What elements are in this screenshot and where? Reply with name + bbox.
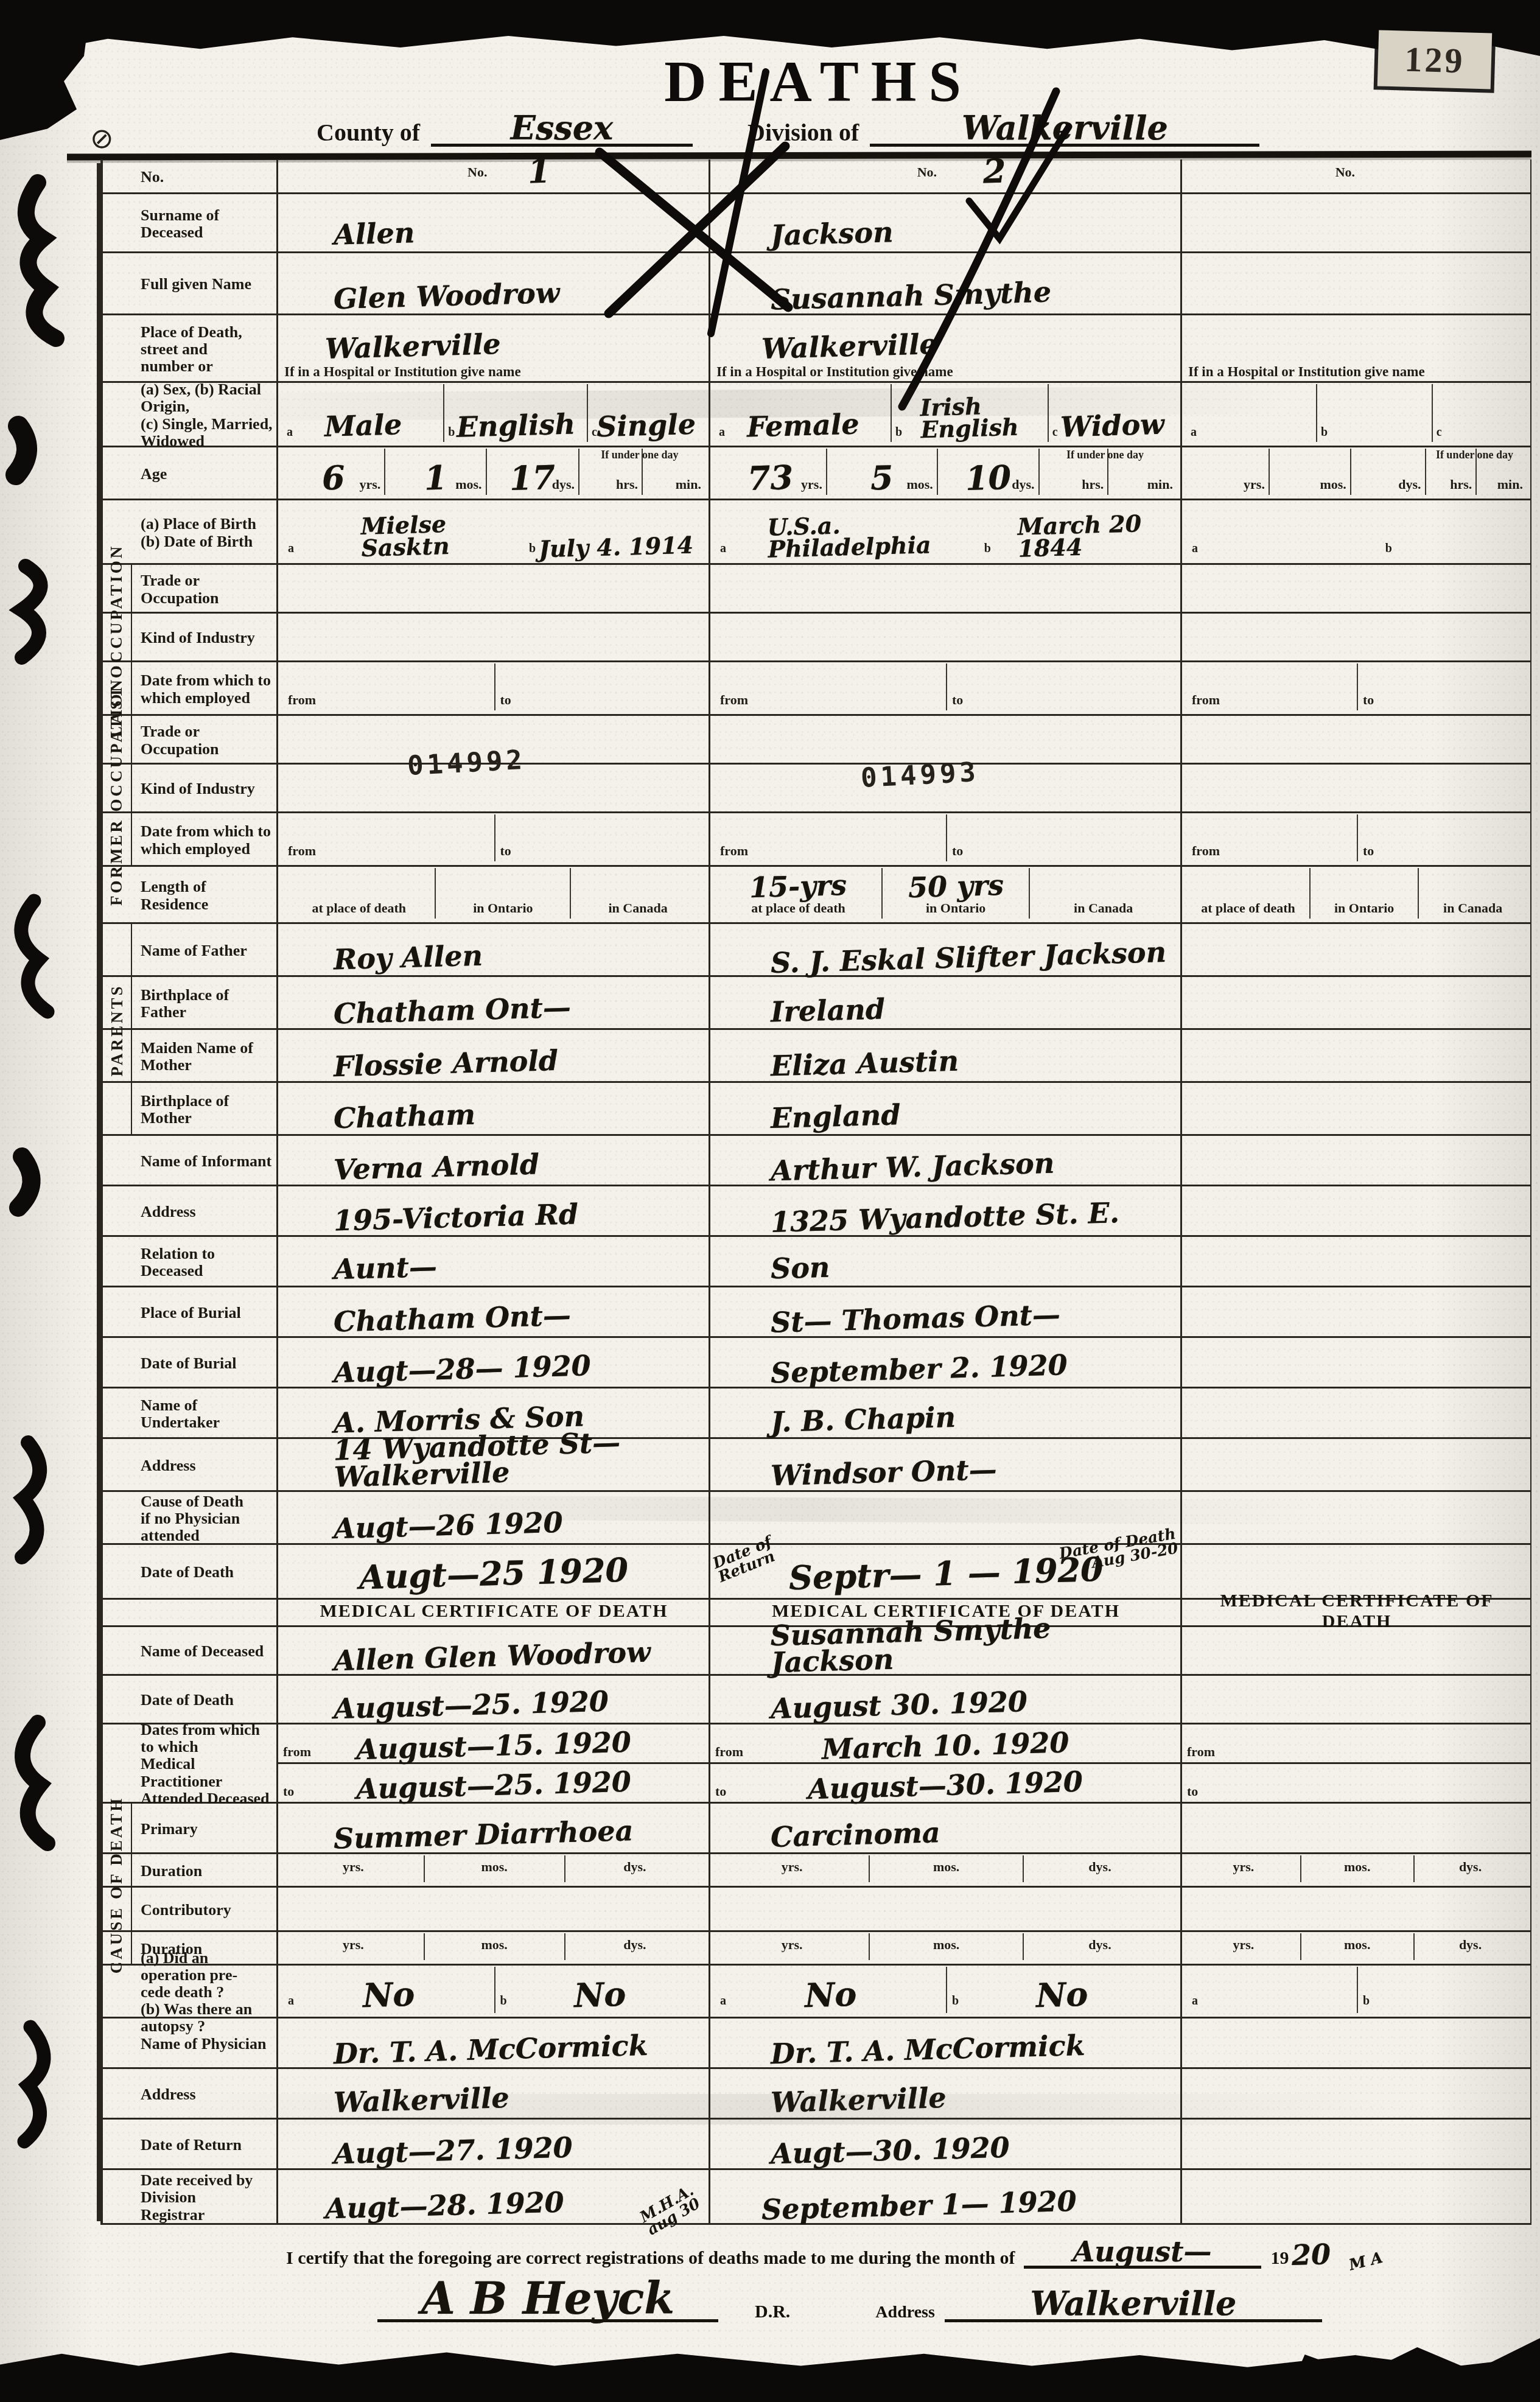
value-cert_date_of_death: August 30. 1920 (770, 1689, 1027, 1722)
fromto-label: to (952, 843, 963, 859)
cell-attended-record-2: fromMarch 10. 1920toAugust—30. 1920 (709, 1724, 1180, 1802)
row-label-physician_address: Address (141, 2086, 273, 2103)
value-operation-a: No (804, 1979, 857, 2012)
cell-sex-record-2: aFemalebIrishEnglishcWidow (709, 383, 1180, 446)
marker-c: c (1437, 425, 1442, 439)
certification-month-underline: August— (1024, 2239, 1261, 2269)
form-row-father: Name of FatherRoy AllenS. J. Eskal Slift… (103, 924, 1530, 977)
value-date_of_return: Augt—30. 1920 (770, 2135, 1010, 2168)
marker-b: b (952, 1994, 959, 2008)
cell-physician-record-3 (1180, 2019, 1530, 2067)
sub-cell: to (1357, 814, 1527, 861)
attended-to-line: toAugust—25. 1920 (278, 1764, 709, 1802)
value-date-received: Augt—28. 1920 (325, 2190, 565, 2223)
sub-cell: dys. (564, 1933, 705, 1960)
form-row-duration2: Durationyrs.mos.dys.yrs.mos.dys.yrs.mos.… (103, 1932, 1530, 1966)
cell-given_name-record-2: Susannah Smythe (709, 253, 1180, 313)
cell-cert_date_of_death-record-2: August 30. 1920 (709, 1676, 1180, 1723)
attended-from-line: fromMarch 10. 1920 (710, 1724, 1180, 1764)
row-label-cell-sex: (a) Sex, (b) Racial Origin,(c) Single, M… (103, 383, 276, 446)
marker-a: a (287, 425, 293, 439)
duration-unit: yrs. (715, 1937, 869, 1953)
row-label-industry_f: Kind of Industry (141, 780, 273, 797)
sub-cell: to (494, 664, 705, 710)
form-row-mother_birthplace: Birthplace of MotherChathamEngland (103, 1083, 1530, 1136)
value-given_name: Glen Woodrow (334, 280, 561, 313)
sub-cell: dys. (1413, 1933, 1527, 1960)
row-label-father_birthplace: Birthplace of Father (141, 987, 273, 1021)
under-one-day-caption: If under one day (575, 449, 704, 461)
cell-relation-record-1: Aunt— (276, 1237, 709, 1286)
cell-primary-record-3 (1180, 1804, 1530, 1852)
cell-mother-record-2: Eliza Austin (709, 1030, 1180, 1081)
cell-date_received-record-2: September 1— 1920 (709, 2170, 1180, 2223)
cell-physician-record-2: Dr. T. A. McCormick (709, 2019, 1180, 2067)
division-label: Division of (747, 118, 859, 147)
cell-date_of_death-record-1: Augt—25 1920 (276, 1545, 709, 1598)
cell-relation-record-3 (1180, 1237, 1530, 1286)
sub-cell: dys. (1023, 1933, 1176, 1960)
marker-b: b (448, 425, 455, 439)
county-division-line: County of Essex Division of Walkerville (317, 113, 1437, 147)
row-label-cell-date_of_return: Date of Return (103, 2120, 276, 2168)
cell-physician_address-record-3 (1180, 2069, 1530, 2118)
sub-cell: at place of death (1187, 868, 1309, 919)
row-label-industry_l: Kind of Industry (141, 629, 273, 646)
sub-cell: from (283, 814, 494, 861)
cell-no-record-2: No.2 (709, 159, 1180, 192)
sub-cell: in Canada (570, 868, 705, 919)
duration-unit: mos. (870, 1937, 1022, 1953)
row-label-cell-age: Age (103, 447, 276, 499)
row-label-cell-undertaker_address: Address (103, 1439, 276, 1490)
marker-a: a (720, 542, 726, 556)
value-sex-b: English (456, 411, 575, 441)
row-label-physician: Name of Physician (141, 2036, 273, 2053)
value-given_name: Susannah Smythe (770, 279, 1051, 314)
unit-label: yrs. (1244, 477, 1265, 492)
row-label-age: Age (141, 466, 273, 483)
duration-unit: mos. (1301, 1937, 1413, 1953)
value-surname: Allen (334, 220, 416, 248)
row-label-father: Name of Father (141, 942, 273, 959)
row-label-residence: Length of Residence (141, 878, 273, 912)
certification-year-handwritten: 20 (1291, 2241, 1331, 2269)
cell-surname-record-2: Jackson (709, 194, 1180, 251)
row-label-cell-cause_no_physician: Cause of Deathif no Physician attended (103, 1492, 276, 1543)
row-label-cell-residence: Length of Residence (103, 867, 276, 922)
section-label-cause_of_death: CAUSE OF DEATH (103, 1804, 132, 1966)
residence-sublabel: in Canada (1419, 900, 1527, 916)
sub-cell: bNo (494, 1967, 705, 2013)
row-label-mother: Maiden Name ofMother (141, 1040, 273, 1074)
cell-burial_date-record-2: September 2. 1920 (709, 1338, 1180, 1387)
value-sex-a: Male (324, 412, 402, 441)
cell-cert_name-record-3 (1180, 1627, 1530, 1674)
cell-burial_date-record-3 (1180, 1338, 1530, 1387)
cell-date_of_return-record-2: Augt—30. 1920 (709, 2120, 1180, 2168)
marker-b: b (529, 542, 536, 556)
row-label-date_received: Date received by DivisionRegistrar (141, 2172, 273, 2223)
row-label-cell-address: Address (103, 1186, 276, 1235)
cell-father-record-2: S. J. Eskal Slifter Jackson (709, 924, 1180, 975)
duration-unit: yrs. (1187, 1937, 1300, 1953)
county-underline: Essex (431, 113, 693, 147)
sub-cell: b (1384, 502, 1527, 559)
cell-cert_date_of_death-record-1: August—25. 1920 (276, 1676, 709, 1723)
sub-cell: in Canada (1418, 868, 1527, 919)
cell-sex-record-3: abc (1180, 383, 1530, 446)
certification-line: I certify that the foregoing are correct… (286, 2239, 1497, 2269)
signature-line: A B Heyck D.R. Address Walkerville (377, 2278, 1473, 2322)
value-burial_place: St— Thomas Ont— (770, 1302, 1060, 1337)
sub-cell: bNo (946, 1967, 1177, 2013)
residence-sublabel: in Ontario (883, 900, 1029, 916)
sub-cell: at place of death (283, 868, 435, 919)
unit-label: dys. (1012, 477, 1034, 492)
value-sex-c: Single (597, 411, 696, 441)
row-label-employed_f: Date from which towhich employed (141, 823, 273, 857)
fromto-label: to (1363, 843, 1374, 859)
attended-to-line: to (1182, 1764, 1530, 1802)
cell-med_cert-record-3: MEDICAL CERTIFICATE OF DEATH (1180, 1600, 1530, 1625)
cell-burial_date-record-1: Augt—28— 1920 (276, 1338, 709, 1387)
sub-cell: aNo (715, 1967, 946, 2013)
row-label-burial_date: Date of Burial (141, 1355, 273, 1372)
value-birth-date: July 4. 1914 (539, 534, 694, 560)
form-row-date_of_return: Date of ReturnAugt—27. 1920Augt—30. 1920 (103, 2120, 1530, 2170)
cell-operation-record-3: ab (1180, 1966, 1530, 2017)
unit-label: min. (1497, 477, 1523, 492)
form-row-relation: Relation to DeceasedAunt—Son (103, 1237, 1530, 1287)
sub-cell: a (1187, 1967, 1357, 2013)
row-label-cell-date_received: Date received by DivisionRegistrar (103, 2170, 276, 2223)
residence-sublabel: at place of death (1187, 900, 1309, 916)
unit-label: min. (676, 477, 701, 492)
duration-unit: dys. (1415, 1859, 1527, 1875)
cell-industry_l-record-2 (709, 614, 1180, 660)
cell-duration2-record-2: yrs.mos.dys. (709, 1932, 1180, 1964)
certification-year-printed: 19 (1271, 2248, 1289, 2269)
registrar-address-handwritten: Walkerville (1030, 2284, 1236, 2323)
sub-cell: from (283, 664, 494, 710)
sub-cell: 5mos. (826, 449, 937, 495)
certification-extra-note: M A (1348, 2250, 1384, 2273)
cell-physician_address-record-1: Walkerville (276, 2069, 709, 2118)
cell-address-record-2: 1325 Wyandotte St. E. (709, 1186, 1180, 1235)
cell-mother_birthplace-record-1: Chatham (276, 1083, 709, 1134)
sub-cell: b (1316, 384, 1432, 442)
value-operation-b: No (573, 1979, 626, 2012)
form-row-trade_l: Trade or Occupation (103, 565, 1530, 614)
form-row-sex: (a) Sex, (b) Racial Origin,(c) Single, M… (103, 383, 1530, 447)
form-row-employed_l: Date from which towhich employedfromtofr… (103, 662, 1530, 716)
sub-cell: a (1187, 502, 1384, 559)
cell-burial_place-record-1: Chatham Ont— (276, 1287, 709, 1336)
value-age-mos.: 1 (424, 462, 447, 494)
cell-mother_birthplace-record-2: England (709, 1083, 1180, 1134)
value-cert_name: Susannah Smythe Jackson (770, 1611, 1177, 1676)
value-primary: Summer Diarrhoea (334, 1818, 634, 1852)
marker-b: b (1321, 425, 1328, 439)
value-age-dys.: 17 (509, 462, 556, 494)
cell-contributory-record-3 (1180, 1888, 1530, 1930)
row-label-birth: (a) Place of Birth(b) Date of Birth (141, 516, 273, 550)
sub-cell: aFemale (715, 384, 891, 442)
cell-relation-record-2: Son (709, 1237, 1180, 1286)
cell-duration1-record-1: yrs.mos.dys. (276, 1854, 709, 1886)
cell-industry_l-record-3 (1180, 614, 1530, 660)
cell-trade_l-record-3 (1180, 565, 1530, 612)
value-attended-from: March 10. 1920 (821, 1730, 1069, 1763)
form-row-burial_place: Place of BurialChatham Ont—St— Thomas On… (103, 1287, 1530, 1338)
sub-cell: in Ontario (1309, 868, 1418, 919)
sub-cell: 15-yrsat place of death (715, 868, 881, 919)
value-date-received: September 1— 1920 (761, 2188, 1077, 2224)
value-burial_place: Chatham Ont— (334, 1303, 572, 1336)
cell-informant-record-2: Arthur W. Jackson (709, 1136, 1180, 1185)
attended-to-line: toAugust—30. 1920 (710, 1764, 1180, 1802)
row-label-cell-birth: (a) Place of Birth(b) Date of Birth (103, 500, 276, 563)
value-operation-b: No (1035, 1979, 1088, 2012)
cell-residence-record-3: at place of deathin Ontarioin Canada (1180, 867, 1530, 922)
form-row-industry_f: Kind of Industry (103, 765, 1530, 813)
cell-undertaker-record-3 (1180, 1388, 1530, 1437)
cell-duration1-record-3: yrs.mos.dys. (1180, 1854, 1530, 1886)
value-surname: Jackson (770, 220, 894, 250)
value-mother: Flossie Arnold (334, 1048, 559, 1080)
marker-a: a (288, 1994, 294, 2008)
cell-burial_place-record-3 (1180, 1287, 1530, 1336)
form-row-birth: (a) Place of Birth(b) Date of BirthaMiel… (103, 500, 1530, 565)
value-father_birthplace: Chatham Ont— (334, 995, 572, 1028)
cell-primary-record-2: Carcinoma (709, 1804, 1180, 1852)
value-age-yrs.: 6 (322, 462, 346, 494)
attended-from-line: fromAugust—15. 1920 (278, 1724, 709, 1764)
unit-label: mos. (906, 477, 933, 492)
value-mother_birthplace: England (770, 1102, 901, 1132)
cell-father_birthplace-record-1: Chatham Ont— (276, 977, 709, 1028)
cell-duration2-record-3: yrs.mos.dys. (1180, 1932, 1530, 1964)
form-row-primary: PrimarySummer DiarrhoeaCarcinoma (103, 1804, 1530, 1854)
cell-industry_f-record-3 (1180, 765, 1530, 811)
residence-sublabel: at place of death (283, 900, 435, 916)
cell-mother-record-3 (1180, 1030, 1530, 1081)
cell-employed_f-record-3: fromto (1180, 813, 1530, 865)
cell-undertaker_address-record-2: Windsor Ont— (709, 1439, 1180, 1490)
address-underline: Walkerville (945, 2288, 1322, 2322)
value-undertaker_address: 14 Wyandotte St—Walkerville (333, 1429, 621, 1491)
marker-c: c (1052, 425, 1058, 439)
scanned-death-register-page: 129 DEATHS ⊘ County of Essex Division of… (0, 0, 1540, 2402)
row-label-trade_f: Trade or Occupation (141, 723, 273, 757)
fromto-label: to (1363, 692, 1374, 708)
form-row-trade_f: Trade or Occupation014992014993 (103, 716, 1530, 765)
cell-sex-record-1: aMalebEnglishcSingle (276, 383, 709, 446)
form-row-cause_no_physician: Cause of Deathif no Physician attendedAu… (103, 1492, 1530, 1545)
sub-cell: yrs. (715, 1855, 869, 1882)
marker-b: b (895, 425, 902, 439)
section-label-former_occupation: FORMER OCCUPATION (103, 716, 132, 867)
row-label-undertaker_address: Address (141, 1457, 273, 1474)
row-label-address: Address (141, 1203, 273, 1220)
unit-label: mos. (1320, 477, 1346, 492)
value-informant: Verna Arnold (334, 1152, 540, 1184)
value-physician: Dr. T. A. McCormick (334, 2033, 648, 2068)
form-row-residence: Length of Residenceat place of deathin O… (103, 867, 1530, 924)
medical-certificate-title: MEDICAL CERTIFICATE OF DEATH (1187, 1591, 1527, 1632)
value-birth-place: U.S.a.Philadelphia (767, 512, 931, 561)
row-label-employed_l: Date from which towhich employed (141, 672, 273, 706)
duration-unit: dys. (1415, 1937, 1527, 1953)
cell-given_name-record-3 (1180, 253, 1530, 313)
sub-cell: bEnglish (443, 384, 587, 442)
value-mother_birthplace: Chatham (334, 1102, 476, 1132)
sub-cell: to (494, 814, 705, 861)
cell-trade_f-record-2: 014993 (709, 716, 1180, 763)
form-row-undertaker_address: Address14 Wyandotte St—WalkervilleWindso… (103, 1439, 1530, 1492)
duration-unit: mos. (425, 1859, 564, 1875)
row-label-relation: Relation to Deceased (141, 1245, 273, 1280)
row-label-cell-physician: Name of Physician (103, 2019, 276, 2067)
cell-cause_no_physician-record-3 (1180, 1492, 1530, 1543)
cell-trade_l-record-2 (709, 565, 1180, 612)
fromto-label: from (720, 843, 748, 859)
cell-attended-record-1: fromAugust—15. 1920toAugust—25. 1920 (276, 1724, 709, 1802)
attended-from-label: from (715, 1744, 743, 1760)
cell-industry_l-record-1 (276, 614, 709, 660)
duration-unit: yrs. (1187, 1859, 1300, 1875)
section-label-parents: PARENTS (103, 924, 132, 1136)
value-attended-to: August—30. 1920 (807, 1769, 1083, 1803)
fromto-label: to (500, 692, 511, 708)
cell-age-record-3: yrs.mos.dys.hrs.min.If under one day (1180, 447, 1530, 499)
residence-sublabel: in Canada (1030, 900, 1177, 916)
row-label-cell-physician_address: Address (103, 2069, 276, 2118)
row-label-date_of_death: Date of Death (141, 1564, 273, 1581)
cell-residence-record-2: 15-yrsat place of death50 yrsin Ontarioi… (709, 867, 1180, 922)
cell-operation-record-1: aNobNo (276, 1966, 709, 2017)
cell-primary-record-1: Summer Diarrhoea (276, 1804, 709, 1852)
cell-informant-record-1: Verna Arnold (276, 1136, 709, 1185)
row-label-cell-date_of_death: Date of Death (103, 1545, 276, 1598)
cell-trade_f-record-1: 014992 (276, 716, 709, 763)
cell-undertaker_address-record-3 (1180, 1439, 1530, 1490)
cell-contributory-record-2 (709, 1888, 1180, 1930)
certification-text: I certify that the foregoing are correct… (286, 2248, 1015, 2269)
value-burial_date: Augt—28— 1920 (334, 1353, 592, 1386)
value-operation-a: No (362, 1979, 415, 2012)
cell-employed_f-record-1: fromto (276, 813, 709, 865)
division-value-handwritten: Walkerville (962, 108, 1168, 147)
value-sex-c: Widow (1060, 411, 1165, 441)
section-label-text: FORMER OCCUPATION (108, 677, 127, 905)
registration-form-grid: No.No.1No.2No.Surname of DeceasedAllenJa… (100, 159, 1531, 2225)
sub-cell: 6yrs. (283, 449, 384, 495)
value-father_birthplace: Ireland (770, 996, 885, 1026)
row-label-place_of_death: Place of Death, street andnumber or (141, 324, 273, 375)
certification-month-handwritten: August— (1073, 2235, 1212, 2268)
form-row-contributory: Contributory (103, 1888, 1530, 1932)
value-address: 1325 Wyandotte St. E. (770, 1200, 1119, 1236)
unit-label: hrs. (1450, 477, 1472, 492)
row-label-cell-relation: Relation to Deceased (103, 1237, 276, 1286)
cell-no-record-1: No.1 (276, 159, 709, 192)
value-physician_address: Walkerville (334, 2085, 510, 2117)
row-label-cell-given_name: Full given Name (103, 253, 276, 313)
cell-age-record-1: 6yrs.1mos.17dys.hrs.min.If under one day (276, 447, 709, 499)
value-attended-to: August—25. 1920 (355, 1769, 631, 1803)
sub-cell: 50 yrsin Ontario (881, 868, 1029, 919)
row-label-date_of_return: Date of Return (141, 2137, 273, 2154)
record-number-handwritten: 1 (527, 155, 551, 187)
duration-unit: yrs. (715, 1859, 869, 1875)
value-age-yrs.: 73 (747, 462, 794, 494)
cell-date_of_return-record-3 (1180, 2120, 1530, 2168)
marker-a: a (288, 542, 294, 556)
row-label-contributory: Contributory (141, 1902, 273, 1919)
under-one-day-caption: If under one day (1423, 449, 1527, 461)
value-place-of-death: Walkerville (325, 331, 502, 363)
cell-surname-record-3 (1180, 194, 1530, 251)
form-row-cert_name: Name of DeceasedAllen Glen WoodrowSusann… (103, 1627, 1530, 1676)
cell-trade_l-record-1 (276, 565, 709, 612)
unit-label: dys. (1398, 477, 1421, 492)
cell-given_name-record-1: Glen Woodrow (276, 253, 709, 313)
value-mother: Eliza Austin (770, 1048, 959, 1080)
form-row-age: Age6yrs.1mos.17dys.hrs.min.If under one … (103, 447, 1530, 500)
row-label-surname: Surname of Deceased (141, 207, 273, 241)
sub-cell: in Ontario (435, 868, 570, 919)
value-physician_address: Walkerville (770, 2085, 947, 2117)
registrar-circle-mark: ⊘ (90, 122, 114, 155)
duration-unit: dys. (1024, 1937, 1176, 1953)
cell-date_of_death-record-3 (1180, 1545, 1530, 1598)
unit-label: hrs. (616, 477, 638, 492)
form-row-father_birthplace: Birthplace of FatherChatham Ont—Ireland (103, 977, 1530, 1030)
sub-cell: yrs. (715, 1933, 869, 1960)
hospital-caption: If in a Hospital or Institution give nam… (284, 364, 521, 380)
form-row-given_name: Full given NameGlen WoodrowSusannah Smyt… (103, 253, 1530, 315)
cell-address-record-1: 195-Victoria Rd (276, 1186, 709, 1235)
value-relation: Son (770, 1255, 830, 1283)
attended-to-label: to (283, 1784, 294, 1799)
cell-date_received-record-1: Augt—28. 1920M.H.A.aug 30 (276, 2170, 709, 2223)
cell-father-record-3 (1180, 924, 1530, 975)
row-label-cert_date_of_death: Date of Death (141, 1692, 273, 1709)
no-label: No. (1335, 164, 1355, 180)
cell-address-record-3 (1180, 1186, 1530, 1235)
duration-unit: dys. (1024, 1859, 1176, 1875)
sub-cell: aMale (283, 384, 443, 442)
attended-to-label: to (715, 1784, 726, 1799)
signature-underline: A B Heyck (377, 2278, 718, 2322)
duration-unit: yrs. (283, 1937, 424, 1953)
fromto-label: to (952, 692, 963, 708)
value-cause_no_physician: Augt—26 1920 (334, 1510, 564, 1542)
unit-label: mos. (455, 477, 481, 492)
fromto-label: from (288, 692, 316, 708)
row-label-cell-no: No. (103, 159, 276, 192)
value-undertaker_address: Windsor Ont— (770, 1457, 997, 1490)
value-father: S. J. Eskal Slifter Jackson (770, 939, 1166, 977)
unit-label: min. (1147, 477, 1173, 492)
row-label-cell-cert_name: Name of Deceased (103, 1627, 276, 1674)
sub-cell: bMarch 201844 (983, 502, 1177, 559)
cell-undertaker-record-2: J. B. Chapin (709, 1388, 1180, 1437)
page-title: DEATHS (0, 47, 1540, 115)
value-sex-b: IrishEnglish (920, 394, 1019, 441)
